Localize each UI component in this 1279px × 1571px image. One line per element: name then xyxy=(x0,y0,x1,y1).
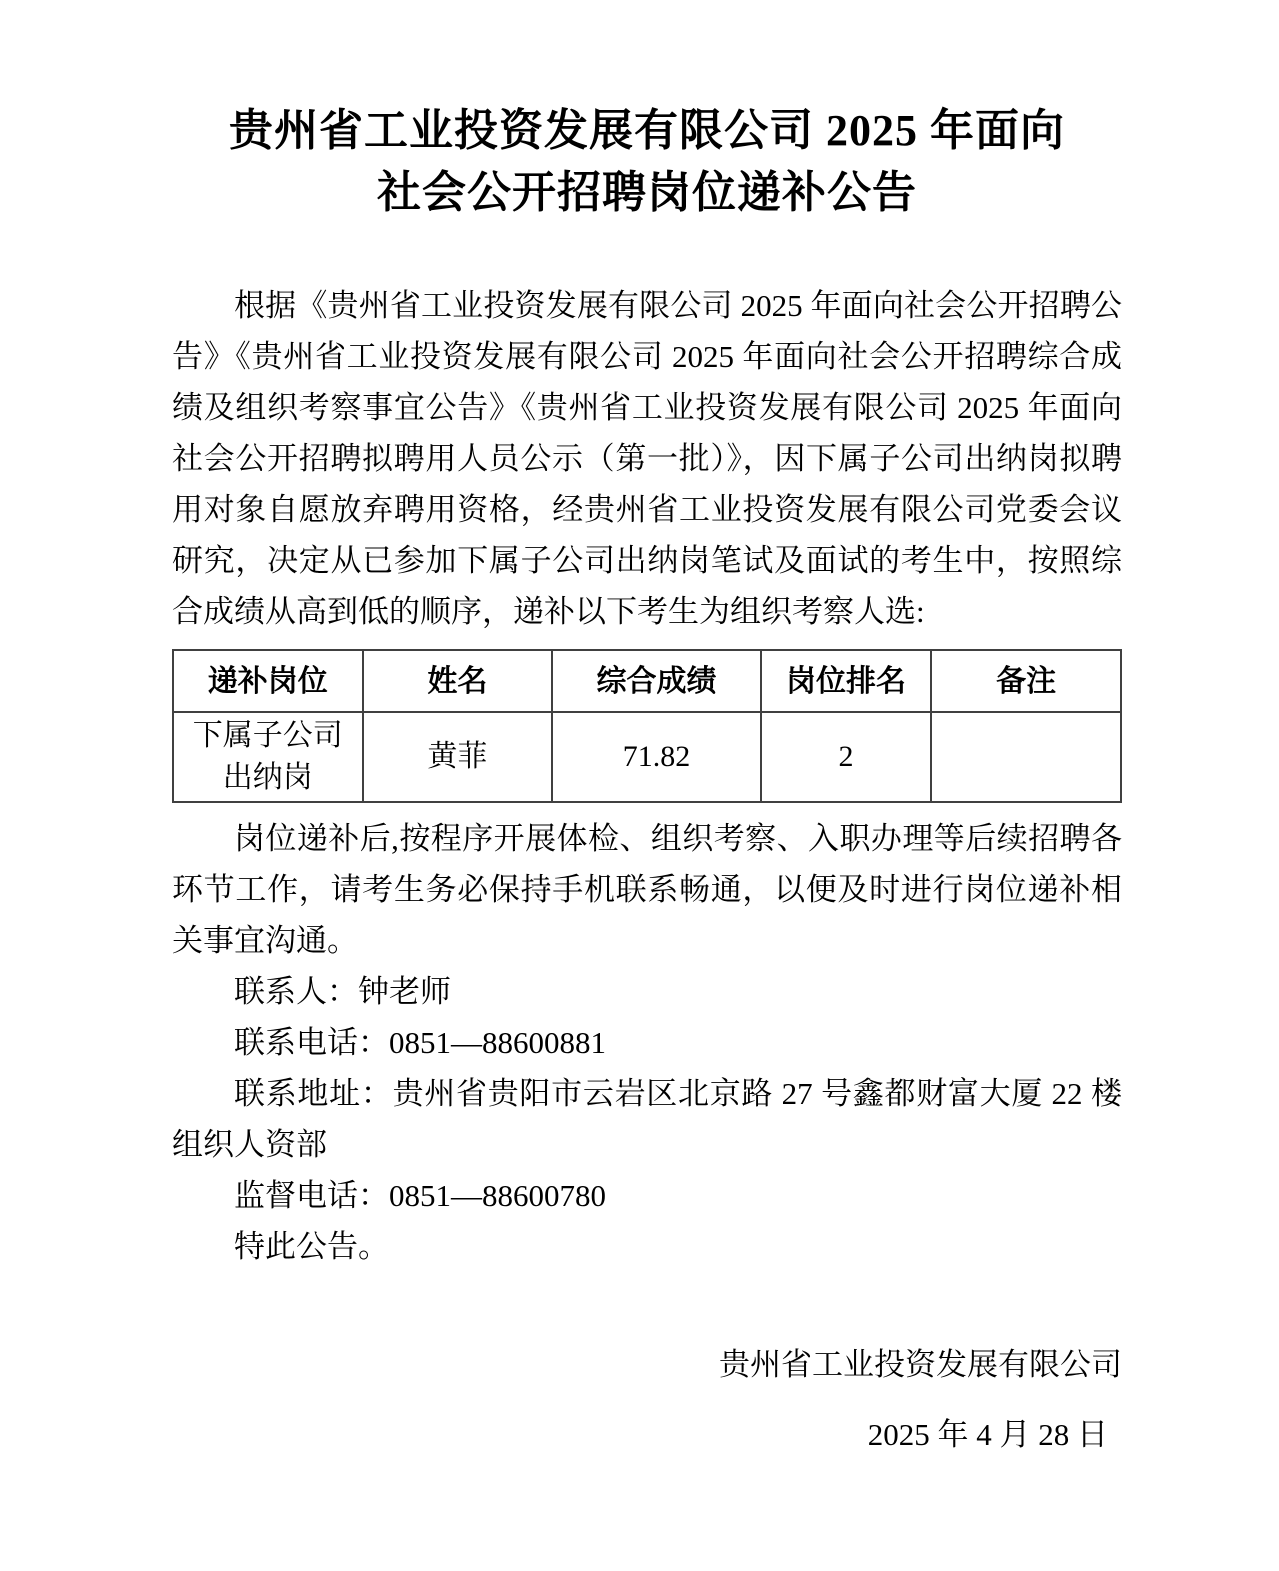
announcement-title-line1: 贵州省工业投资发展有限公司 2025 年面向 xyxy=(172,100,1122,162)
contact-address-line: 联系地址：贵州省贵阳市云岩区北京路 27 号鑫都财富大厦 22 楼组织人资部 xyxy=(172,1068,1122,1170)
cell-name: 黄菲 xyxy=(363,712,553,802)
header-name: 姓名 xyxy=(363,650,553,712)
cell-score: 71.82 xyxy=(552,712,761,802)
contact-person-line: 联系人：钟老师 xyxy=(172,966,1122,1017)
signature-company: 贵州省工业投资发展有限公司 xyxy=(172,1330,1122,1400)
cell-remark xyxy=(931,712,1121,802)
announcement-body: 根据《贵州省工业投资发展有限公司 2025 年面向社会公开招聘公告》《贵州省工业… xyxy=(172,280,1122,1470)
signature-block: 贵州省工业投资发展有限公司 2025 年 4 月 28 日 xyxy=(172,1330,1122,1470)
supervision-phone-line: 监督电话：0851—88600780 xyxy=(172,1170,1122,1221)
contact-phone-line: 联系电话：0851—88600881 xyxy=(172,1017,1122,1068)
follow-up-paragraph: 岗位递补后,按程序开展体检、组织考察、入职办理等后续招聘各环节工作，请考生务必保… xyxy=(172,813,1122,966)
signature-date: 2025 年 4 月 28 日 xyxy=(172,1400,1122,1470)
candidates-table: 递补岗位 姓名 综合成绩 岗位排名 备注 下属子公司出纳岗 黄菲 71.82 2 xyxy=(172,649,1122,803)
header-score: 综合成绩 xyxy=(552,650,761,712)
cell-position: 下属子公司出纳岗 xyxy=(173,712,363,802)
announcement-title-line2: 社会公开招聘岗位递补公告 xyxy=(172,162,1122,224)
table-header-row: 递补岗位 姓名 综合成绩 岗位排名 备注 xyxy=(173,650,1121,712)
intro-paragraph: 根据《贵州省工业投资发展有限公司 2025 年面向社会公开招聘公告》《贵州省工业… xyxy=(172,280,1122,637)
announcement-document-page: 贵州省工业投资发展有限公司 2025 年面向 社会公开招聘岗位递补公告 根据《贵… xyxy=(0,0,1279,1571)
closing-statement: 特此公告。 xyxy=(172,1221,1122,1272)
header-remark: 备注 xyxy=(931,650,1121,712)
cell-rank: 2 xyxy=(761,712,932,802)
header-rank: 岗位排名 xyxy=(761,650,932,712)
table-row: 下属子公司出纳岗 黄菲 71.82 2 xyxy=(173,712,1121,802)
announcement-title: 贵州省工业投资发展有限公司 2025 年面向 社会公开招聘岗位递补公告 xyxy=(172,100,1122,224)
header-position: 递补岗位 xyxy=(173,650,363,712)
